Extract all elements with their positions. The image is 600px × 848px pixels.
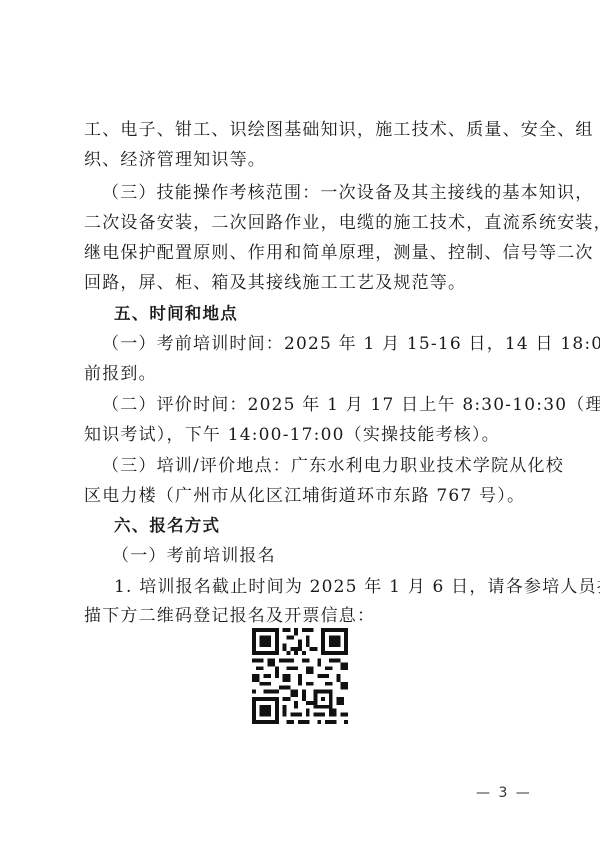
section-heading-registration: 六、报名方式: [114, 516, 554, 536]
page-number: — 3 —: [476, 785, 532, 801]
body-text-line: 描下方二维码登记报名及开票信息：: [84, 606, 524, 626]
body-text-line: 区电力楼（广州市从化区江埔街道环市东路 767 号）。: [84, 486, 524, 506]
subheading-training-registration: （一）考前培训报名: [112, 546, 552, 566]
document-page: 工、电子、钳工、识绘图基础知识，施工技术、质量、安全、组 织、经济管理知识等。 …: [0, 0, 600, 848]
location-paragraph: （三）培训/评价地点：广东水利电力职业技术学院从化校: [102, 456, 542, 476]
body-text-line: 织、经济管理知识等。: [84, 150, 524, 170]
training-time-paragraph: （一）考前培训时间：2025 年 1 月 15-16 日，14 日 18:00: [102, 334, 542, 354]
body-text-line: 二次设备安装，二次回路作业，电缆的施工技术，直流系统安装，: [84, 213, 524, 233]
qr-code-image[interactable]: [252, 628, 348, 724]
section-heading-time-location: 五、时间和地点: [114, 304, 554, 324]
body-text-line: 继电保护配置原则、作用和简单原理，测量、控制、信号等二次: [84, 243, 524, 263]
body-text-line: 回路，屏、柜、箱及其接线施工工艺及规范等。: [84, 273, 524, 293]
body-text-line: 工、电子、钳工、识绘图基础知识，施工技术、质量、安全、组: [84, 120, 524, 140]
exam-scope-skill-paragraph: （三）技能操作考核范围：一次设备及其主接线的基本知识，: [102, 183, 542, 203]
qr-code-icon: [252, 628, 348, 724]
evaluation-time-paragraph: （二）评价时间：2025 年 1 月 17 日上午 8:30-10:30（理论: [102, 395, 542, 415]
registration-deadline-paragraph: 1. 培训报名截止时间为 2025 年 1 月 6 日，请各参培人员扫: [114, 577, 554, 597]
body-text-line: 知识考试），下午 14:00-17:00（实操技能考核）。: [84, 425, 524, 445]
body-text-line: 前报到。: [84, 364, 524, 384]
